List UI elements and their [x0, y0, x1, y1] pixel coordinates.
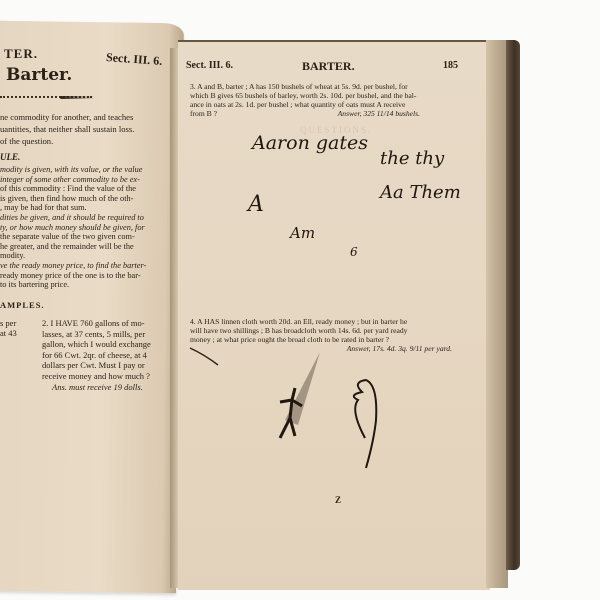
rule-line: modity.	[0, 251, 168, 261]
rule-line: ve the ready money price, to find the ba…	[0, 261, 168, 271]
example-2-answer: Ans. must receive 19 dolls.	[42, 382, 174, 393]
rule-line: the separate value of the two given com-	[0, 232, 168, 242]
rule-line: ready money price of the one is to the b…	[0, 271, 168, 281]
handwriting-words: Aa Them	[380, 182, 461, 203]
book-photo: TER. Sect. III. 6. Barter. ne commodity …	[0, 0, 600, 600]
profile-drawing-icon	[354, 380, 376, 468]
right-page-title: BARTER.	[302, 59, 355, 74]
example-2-line: receive money and how much ?	[42, 371, 174, 382]
handwriting-name: Aaron gates	[252, 132, 368, 154]
rule-line: he greater, and the remainder will be th…	[0, 242, 168, 252]
intro-line: uantities, that neither shall sustain lo…	[0, 124, 172, 134]
rule-line: modity is given, with its value, or the …	[0, 165, 168, 175]
question-4-line: 4. A HAS linnen cloth worth 20d. an Ell,…	[190, 317, 462, 326]
intro-line: of the question.	[0, 136, 172, 146]
handwriting-letter: A	[248, 192, 264, 217]
rule-heading: ULE.	[0, 152, 20, 162]
examples-heading: AMPLES.	[0, 300, 45, 310]
rule-text: modity is given, with its value, or the …	[0, 165, 168, 290]
handwriting-words: the thy	[380, 148, 444, 169]
left-running-header: TER.	[4, 46, 38, 62]
rule-line: integer of some other commodity to be ex…	[0, 175, 168, 185]
question-3-line: ance in oats at 2s. 1d. per bushel ; wha…	[190, 100, 460, 109]
rule-line: to its bartering price.	[0, 280, 168, 290]
page-edges	[486, 40, 508, 588]
example-1-line: at 43	[0, 328, 17, 338]
book-cover-edge	[506, 40, 520, 570]
example-2-line: lasses, at 37 cents, 5 mills, per	[42, 329, 174, 340]
ink-doodles	[180, 340, 500, 490]
rule-line: is given, then find how much of the oth-	[0, 194, 168, 204]
question-3-line: 3. A and B, barter ; A has 150 bushels o…	[190, 82, 460, 91]
left-page-title: Barter.	[6, 65, 72, 85]
question-3-line: which B gives 65 bushels of barley, wort…	[190, 91, 460, 100]
question-3-answer: Answer, 325 11/14 bushels.	[190, 109, 460, 118]
example-1-fragment: s per at 43	[0, 318, 17, 338]
question-3: 3. A and B, barter ; A has 150 bushels o…	[190, 82, 460, 118]
handwriting-scribble: Am	[290, 224, 315, 242]
ornament-flourish	[60, 96, 95, 99]
example-2-line: dollars per Cwt. Must I pay or	[42, 360, 174, 371]
signature-mark: Z	[335, 495, 341, 505]
rule-line: dities be given, and it should be requir…	[0, 213, 168, 223]
right-section-label: Sect. III. 6.	[186, 60, 233, 71]
example-2-line: for 66 Cwt. 2qr. of cheese, at 4	[42, 350, 174, 361]
left-intro-text: ne commodity for another, and teaches ua…	[0, 112, 172, 149]
handwriting-numeral: 6	[350, 245, 358, 259]
example-1-line: s per	[0, 318, 17, 328]
rule-line: of this commodity : Find the value of th…	[0, 184, 168, 194]
rule-line: ty, or how much money should be given, f…	[0, 223, 168, 233]
example-2-line: 2. I HAVE 760 gallons of mo-	[42, 318, 174, 329]
right-page	[178, 40, 490, 590]
example-2: 2. I HAVE 760 gallons of mo- lasses, at …	[42, 318, 174, 392]
pen-stroke-icon	[190, 348, 218, 365]
rule-line: , may be had for that sum.	[0, 203, 168, 213]
question-4-line: will have two shillings ; B has broadclo…	[190, 326, 462, 335]
page-number: 185	[443, 60, 458, 71]
intro-line: ne commodity for another, and teaches	[0, 112, 172, 122]
example-2-line: gallon, which I would exchange	[42, 339, 174, 350]
